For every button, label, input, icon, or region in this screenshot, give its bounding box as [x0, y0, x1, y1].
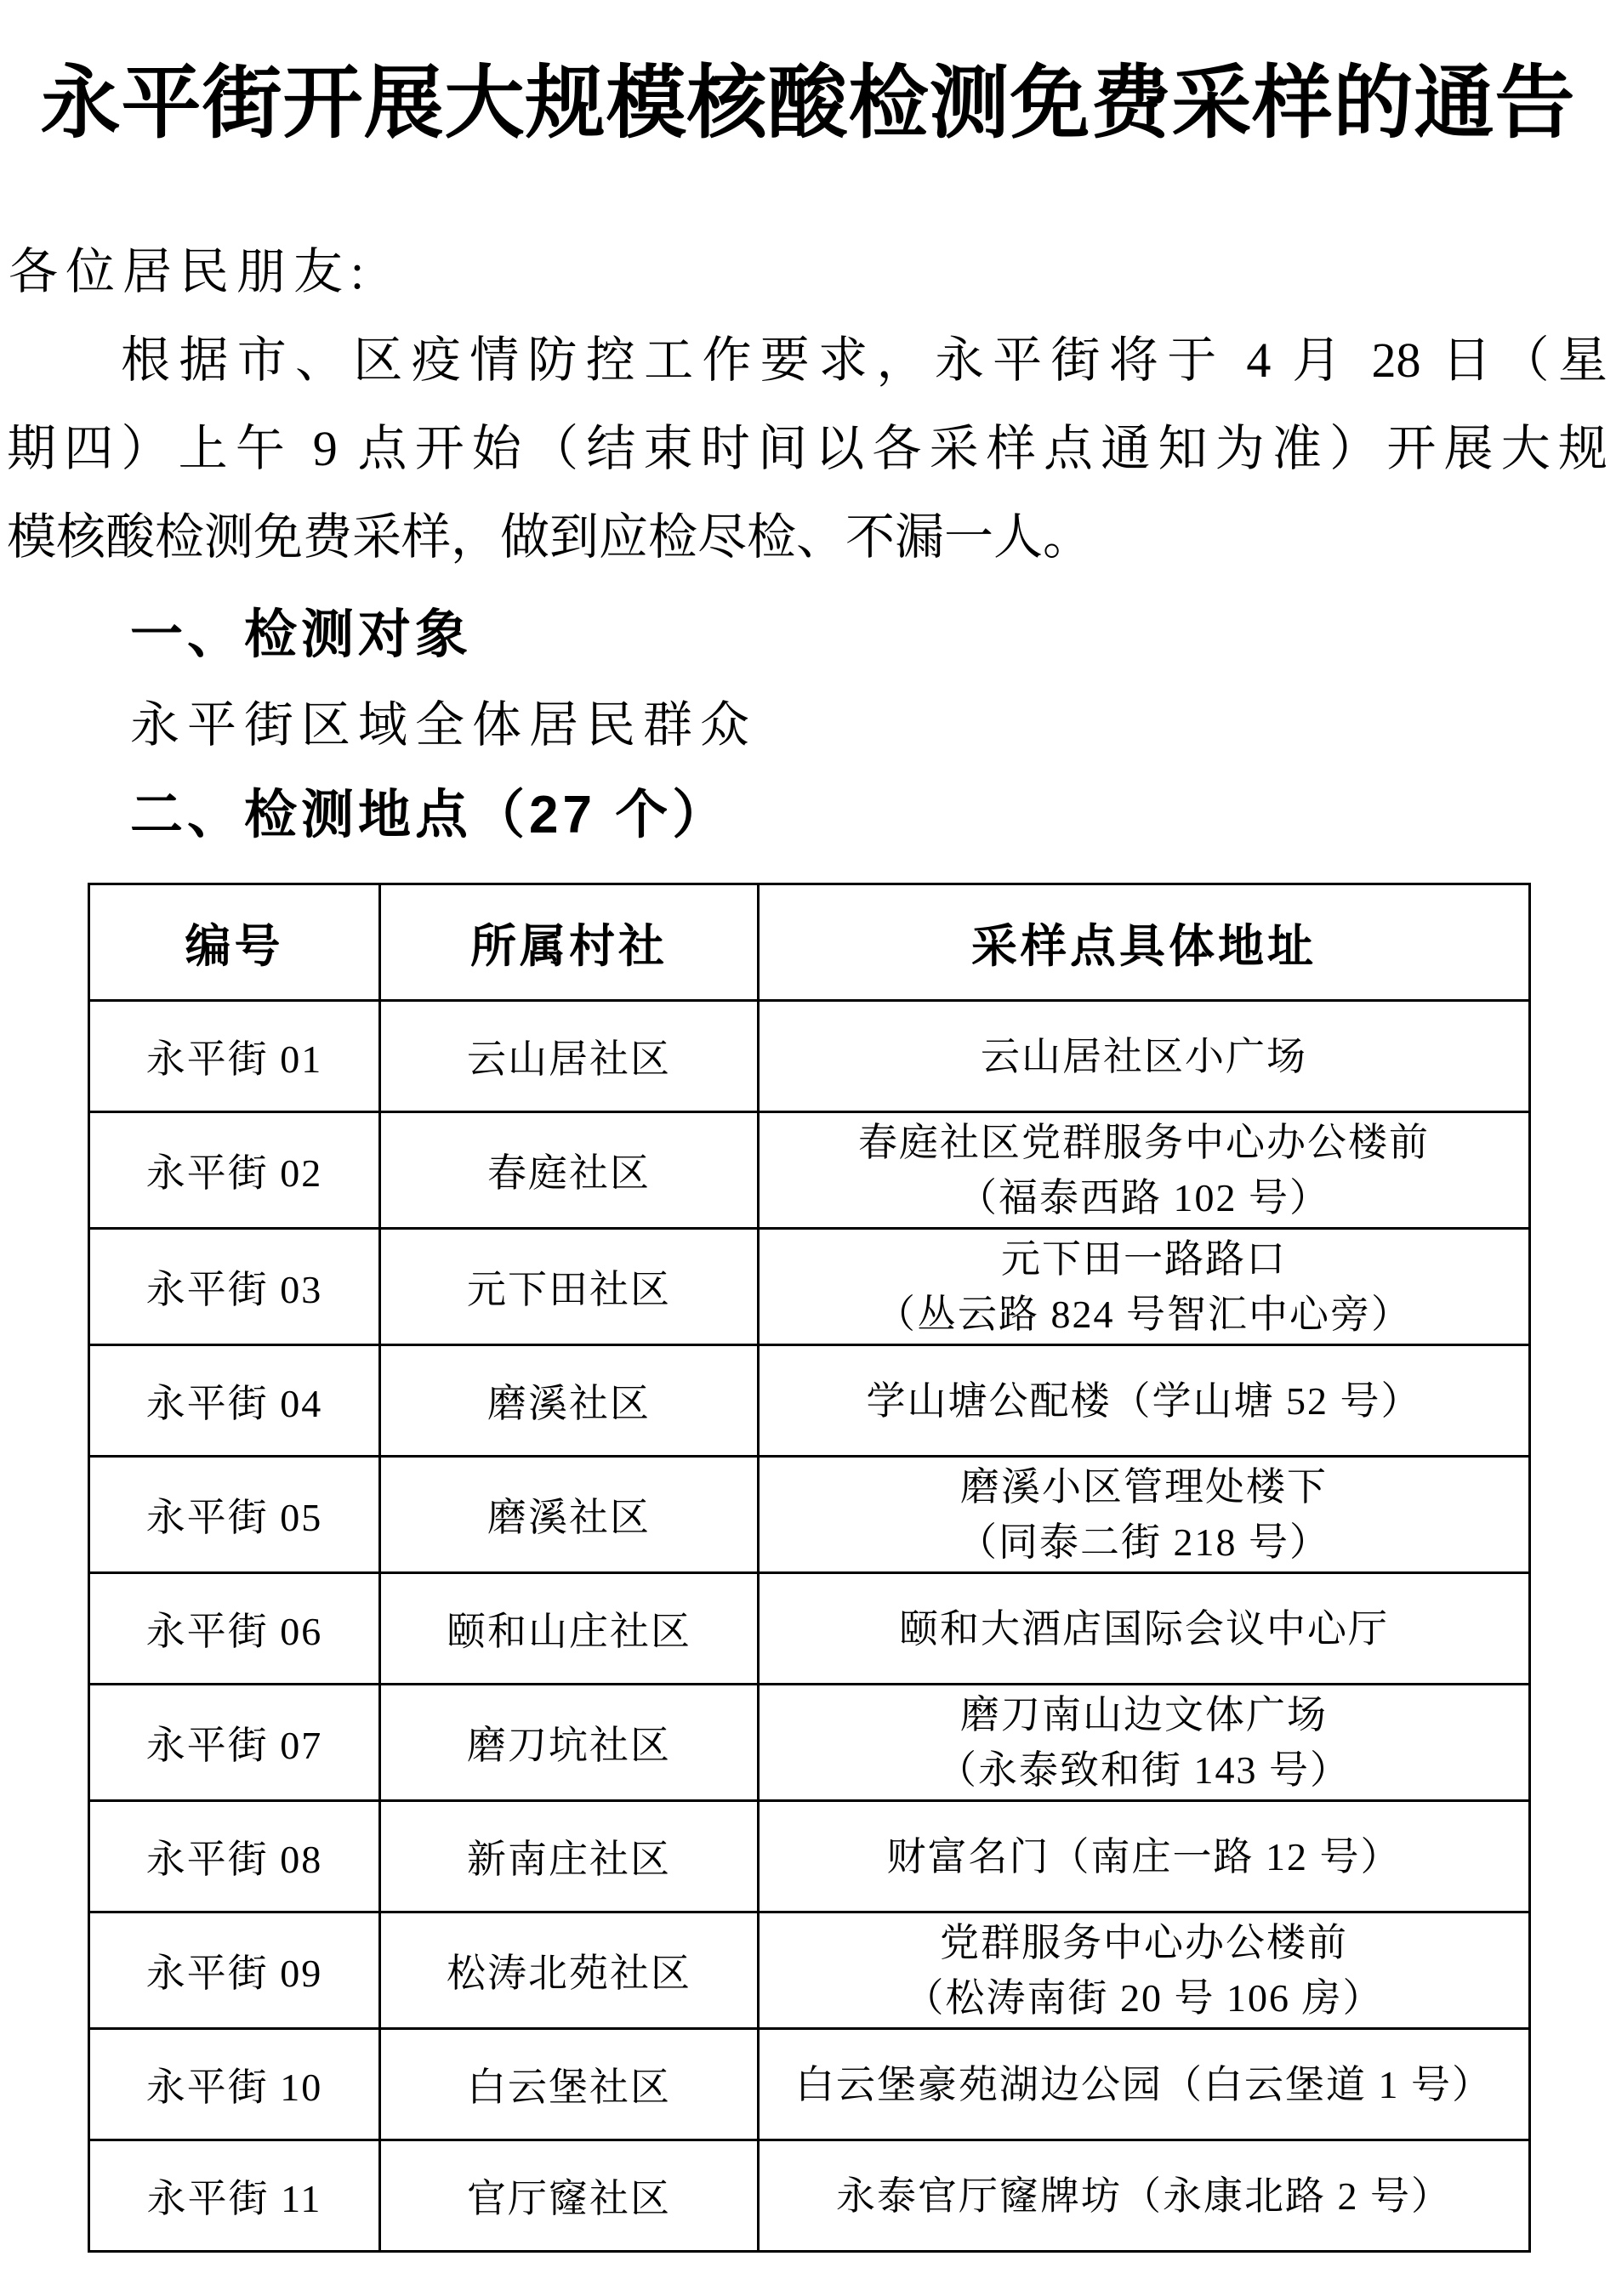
- intro-paragraph: 根据市、区疫情防控工作要求，永平街将于 4 月 28 日（星 期四）上午 9 点…: [7, 316, 1607, 582]
- cell-number: 永平街 01: [89, 1001, 380, 1112]
- cell-address: 财富名门（南庄一路 12 号）: [759, 1801, 1530, 1912]
- cell-address: 永泰官厅窿牌坊（永康北路 2 号）: [759, 2140, 1530, 2252]
- address-line: 颐和大酒店国际会议中心厅: [760, 1601, 1528, 1657]
- address-line: 党群服务中心办公楼前: [760, 1915, 1528, 1970]
- cell-number: 永平街 07: [89, 1685, 380, 1801]
- table-row: 永平街 07磨刀坑社区磨刀南山边文体广场（永泰致和街 143 号）: [89, 1685, 1530, 1801]
- cell-village: 磨刀坑社区: [380, 1685, 759, 1801]
- address-line: 春庭社区党群服务中心办公楼前: [760, 1115, 1528, 1170]
- table-row: 永平街 04磨溪社区学山塘公配楼（学山塘 52 号）: [89, 1345, 1530, 1457]
- cell-number: 永平街 08: [89, 1801, 380, 1912]
- table-row: 永平街 10白云堡社区白云堡豪苑湖边公园（白云堡道 1 号）: [89, 2029, 1530, 2140]
- section-1-heading: 一、检测对象: [130, 590, 472, 680]
- address-line: （同泰二街 218 号）: [760, 1515, 1528, 1570]
- address-line: 云山居社区小广场: [760, 1029, 1528, 1084]
- cell-address: 白云堡豪苑湖边公园（白云堡道 1 号）: [759, 2029, 1530, 2140]
- cell-address: 春庭社区党群服务中心办公楼前（福泰西路 102 号）: [759, 1112, 1530, 1229]
- table-row: 永平街 09松涛北苑社区党群服务中心办公楼前（松涛南街 20 号 106 房）: [89, 1912, 1530, 2029]
- address-line: （福泰西路 102 号）: [760, 1170, 1528, 1225]
- cell-village: 磨溪社区: [380, 1457, 759, 1573]
- cell-number: 永平街 09: [89, 1912, 380, 2029]
- table-row: 永平街 03元下田社区元下田一路路口（丛云路 824 号智汇中心旁）: [89, 1229, 1530, 1345]
- cell-village: 云山居社区: [380, 1001, 759, 1112]
- cell-village: 新南庄社区: [380, 1801, 759, 1912]
- locations-table: 编号 所属村社 采样点具体地址 永平街 01云山居社区云山居社区小广场永平街 0…: [88, 883, 1531, 2253]
- address-line: 元下田一路路口: [760, 1231, 1528, 1287]
- address-line: 磨溪小区管理处楼下: [760, 1459, 1528, 1515]
- address-line: （永泰致和街 143 号）: [760, 1742, 1528, 1798]
- address-line: 永泰官厅窿牌坊（永康北路 2 号）: [760, 2168, 1528, 2224]
- table-header-row: 编号 所属村社 采样点具体地址: [89, 884, 1530, 1001]
- paragraph-line-3: 模核酸检测免费采样，做到应检尽检、不漏一人。: [7, 493, 1607, 582]
- cell-address: 云山居社区小广场: [759, 1001, 1530, 1112]
- table-row: 永平街 11官厅窿社区永泰官厅窿牌坊（永康北路 2 号）: [89, 2140, 1530, 2252]
- cell-village: 春庭社区: [380, 1112, 759, 1229]
- cell-address: 元下田一路路口（丛云路 824 号智汇中心旁）: [759, 1229, 1530, 1345]
- table-header-address: 采样点具体地址: [759, 884, 1530, 1001]
- cell-number: 永平街 02: [89, 1112, 380, 1229]
- paragraph-line-2: 期四）上午 9 点开始（结束时间以各采样点通知为准）开展大规: [7, 405, 1607, 493]
- cell-village: 官厅窿社区: [380, 2140, 759, 2252]
- cell-number: 永平街 03: [89, 1229, 380, 1345]
- cell-number: 永平街 10: [89, 2029, 380, 2140]
- address-line: 磨刀南山边文体广场: [760, 1687, 1528, 1742]
- notice-document: 永平街开展大规模核酸检测免费采样的通告 各位居民朋友: 根据市、区疫情防控工作要…: [0, 0, 1616, 2296]
- cell-address: 学山塘公配楼（学山塘 52 号）: [759, 1345, 1530, 1457]
- cell-village: 白云堡社区: [380, 2029, 759, 2140]
- cell-number: 永平街 04: [89, 1345, 380, 1457]
- table-body: 永平街 01云山居社区云山居社区小广场永平街 02春庭社区春庭社区党群服务中心办…: [89, 1001, 1530, 2252]
- address-line: 学山塘公配楼（学山塘 52 号）: [760, 1373, 1528, 1429]
- address-line: （松涛南街 20 号 106 房）: [760, 1970, 1528, 2026]
- page-title: 永平街开展大规模核酸检测免费采样的通告: [0, 36, 1616, 172]
- cell-village: 元下田社区: [380, 1229, 759, 1345]
- table-header-village: 所属村社: [380, 884, 759, 1001]
- cell-number: 永平街 06: [89, 1573, 380, 1685]
- cell-village: 松涛北苑社区: [380, 1912, 759, 2029]
- table-row: 永平街 08新南庄社区财富名门（南庄一路 12 号）: [89, 1801, 1530, 1912]
- table-row: 永平街 02春庭社区春庭社区党群服务中心办公楼前（福泰西路 102 号）: [89, 1112, 1530, 1229]
- table-row: 永平街 01云山居社区云山居社区小广场: [89, 1001, 1530, 1112]
- paragraph-line-1: 根据市、区疫情防控工作要求，永平街将于 4 月 28 日（星: [7, 316, 1607, 405]
- section-1-body: 永平街区域全体居民群众: [130, 680, 757, 770]
- table-row: 永平街 06颐和山庄社区颐和大酒店国际会议中心厅: [89, 1573, 1530, 1685]
- table-header-number: 编号: [89, 884, 380, 1001]
- cell-address: 颐和大酒店国际会议中心厅: [759, 1573, 1530, 1685]
- cell-village: 颐和山庄社区: [380, 1573, 759, 1685]
- address-line: 财富名门（南庄一路 12 号）: [760, 1829, 1528, 1884]
- cell-number: 永平街 05: [89, 1457, 380, 1573]
- table-row: 永平街 05磨溪社区磨溪小区管理处楼下（同泰二街 218 号）: [89, 1457, 1530, 1573]
- cell-village: 磨溪社区: [380, 1345, 759, 1457]
- cell-address: 磨溪小区管理处楼下（同泰二街 218 号）: [759, 1457, 1530, 1573]
- cell-address: 党群服务中心办公楼前（松涛南街 20 号 106 房）: [759, 1912, 1530, 2029]
- cell-number: 永平街 11: [89, 2140, 380, 2252]
- address-line: （丛云路 824 号智汇中心旁）: [760, 1287, 1528, 1342]
- section-2-heading: 二、检测地点（27 个）: [130, 770, 729, 861]
- cell-address: 磨刀南山边文体广场（永泰致和街 143 号）: [759, 1685, 1530, 1801]
- salutation: 各位居民朋友:: [9, 228, 372, 316]
- address-line: 白云堡豪苑湖边公园（白云堡道 1 号）: [760, 2057, 1528, 2112]
